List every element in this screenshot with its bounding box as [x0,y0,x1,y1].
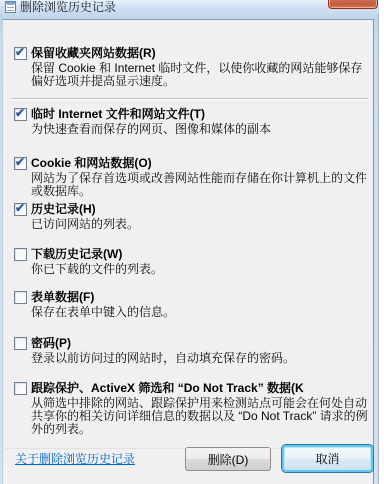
option-header: 跟踪保护、ActiveX 筛选和 “Do Not Track” 数据(K [14,382,370,395]
options-list: 保留收藏夹网站数据(R) 保留 Cookie 和 Internet 临时文件，以… [5,40,376,450]
option-header: 临时 Internet 文件和网站文件(T) [14,108,370,121]
option-header: Cookie 和网站数据(O) [14,157,370,170]
option-checkbox[interactable] [14,291,27,304]
option-label[interactable]: 下载历史记录(W) [31,248,122,261]
option-label[interactable]: Cookie 和网站数据(O) [31,157,152,170]
option-label[interactable]: 保留收藏夹网站数据(R) [31,47,156,60]
dialog-icon [5,1,16,13]
option-description: 为快速查看而保存的网页、图像和媒体的副本 [31,123,370,136]
option-label[interactable]: 密码(P) [31,337,71,350]
option-description: 你已下载的文件的列表。 [31,263,370,276]
history-option-section: 下载历史记录(W) 你已下载的文件的列表。 [14,248,370,276]
history-option-section: 历史记录(H) 已访问网站的列表。 [14,203,370,231]
history-option-section: 密码(P) 登录以前访问过的网站时，自动填充保存的密码。 [14,337,370,365]
option-checkbox[interactable] [14,203,27,216]
delete-button[interactable]: 删除(D) [185,447,271,471]
option-checkbox[interactable] [14,382,27,395]
option-label[interactable]: 历史记录(H) [31,203,96,216]
background-outside-window [379,0,384,484]
option-description: 登录以前访问过的网站时，自动填充保存的密码。 [31,352,370,365]
section-separator [12,98,368,100]
close-button[interactable]: ✕ [328,0,378,9]
dialog-client-area: 保留收藏夹网站数据(R) 保留 Cookie 和 Internet 临时文件，以… [2,19,374,484]
option-label[interactable]: 表单数据(F) [31,291,94,304]
about-delete-history-link[interactable]: 关于删除浏览历史记录 [15,452,135,466]
option-description: 保留 Cookie 和 Internet 临时文件，以使你收藏的网站能够保存偏好… [31,62,370,88]
option-checkbox[interactable] [14,108,27,121]
cancel-button[interactable]: 取消 [282,445,373,472]
option-checkbox[interactable] [14,157,27,170]
history-option-section: 表单数据(F) 保存在表单中键入的信息。 [14,291,370,319]
option-checkbox[interactable] [14,248,27,261]
option-description: 从筛选中排除的网站、跟踪保护用来检测站点可能会在何处自动共享你的相关访问详细信息… [31,397,370,436]
history-option-section: 保留收藏夹网站数据(R) 保留 Cookie 和 Internet 临时文件，以… [14,47,370,88]
option-header: 密码(P) [14,337,370,350]
option-header: 表单数据(F) [14,291,370,304]
history-option-section: Cookie 和网站数据(O) 网站为了保存首选项或改善网站性能而存储在你计算机… [14,157,370,198]
option-header: 保留收藏夹网站数据(R) [14,47,370,60]
history-option-section: 临时 Internet 文件和网站文件(T) 为快速查看而保存的网页、图像和媒体… [14,108,370,136]
delete-browsing-history-dialog: 删除浏览历史记录 ✕ 保留收藏夹网站数据(R) 保留 Cookie 和 Inte… [0,0,379,484]
option-header: 下载历史记录(W) [14,248,370,261]
option-checkbox[interactable] [14,47,27,60]
window-title: 删除浏览历史记录 [20,0,116,14]
option-checkbox[interactable] [14,337,27,350]
option-description: 网站为了保存首选项或改善网站性能而存储在你计算机上的文件或数据库。 [31,172,370,198]
option-header: 历史记录(H) [14,203,370,216]
option-label[interactable]: 临时 Internet 文件和网站文件(T) [31,108,205,121]
titlebar: 删除浏览历史记录 [0,0,379,14]
close-icon: ✕ [348,0,357,3]
option-label[interactable]: 跟踪保护、ActiveX 筛选和 “Do Not Track” 数据(K [31,382,304,395]
option-description: 保存在表单中键入的信息。 [31,306,370,319]
history-option-section: 跟踪保护、ActiveX 筛选和 “Do Not Track” 数据(K 从筛选… [14,382,370,436]
option-description: 已访问网站的列表。 [31,218,370,231]
